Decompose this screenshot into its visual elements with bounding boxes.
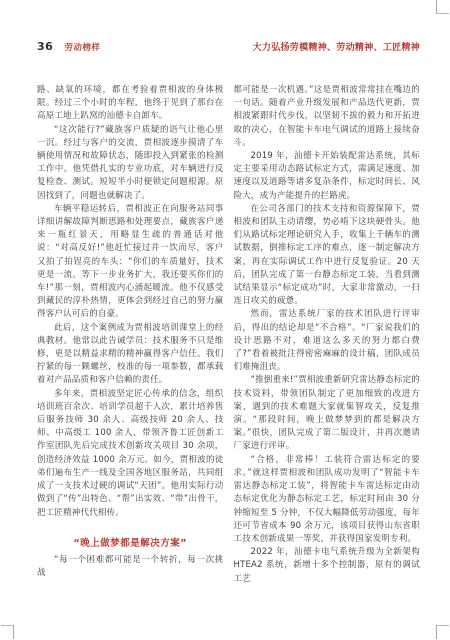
section-heading: “晚上做梦都是解决方案” <box>37 535 224 549</box>
right-column: 都可能是一次机遇。”这是贾相波常常挂在嘴边的一句话。随着产业升级发展和产品迭代更… <box>234 84 421 610</box>
paragraph: 车辆平稳运转后，贾相波正在向服务站同事详细讲解故障判断思路和处理要点，藏族客户递… <box>37 203 224 322</box>
corner-mark-bottom-left <box>1 625 14 639</box>
paragraph: 2019 年，汕德卡开始装配雷达系统，其标定主要采用动态路试标定方式，需满足速度… <box>234 150 421 203</box>
corner-mark-bottom-right <box>436 625 449 639</box>
article-body: 路、缺氧的环境，都在考验着贾相波的身体极限。经过三个小时的车程，他终于见到了那台… <box>37 84 420 610</box>
paragraph: “合格，非常棒！工装符合雷达标定的要求。”就这样贾相波和团队成功发明了“智能卡车… <box>234 454 421 546</box>
magazine-page: 36 劳动榜样 大力弘扬劳模精神、劳动精神、工匠精神 路、缺氧的环境，都在考验着… <box>0 0 450 640</box>
page-header: 36 劳动榜样 大力弘扬劳模精神、劳动精神、工匠精神 <box>37 40 420 53</box>
paragraph: 2022 年，汕德卡电气系统升级为全新架构 HTEA2 系统，新增十多个控制器，… <box>234 546 421 586</box>
paragraph: 此后，这个案例成为贾相波培训课堂上的经典教材。他常以此告诫学员：技术服务不只是维… <box>37 322 224 388</box>
paragraph: 然而，雷达系统厂家的技术团队进行评审后，得出的结论却是“不合格”。“厂家说我们的… <box>234 308 421 374</box>
corner-mark-top-right <box>436 0 449 14</box>
paragraph: “每一个困难都可能是一个转折，每一次挑战 <box>37 554 224 580</box>
paragraph: “这次能行?”藏族客户质疑的语气让他心里一沉。经过与客户的交流，贾相波逐步摸清了… <box>37 124 224 203</box>
section-label: 劳动榜样 <box>64 41 100 53</box>
paragraph: 在公司各部门的技术支持和资源保障下，贾相波和团队主动请缨，势必啃下这块硬骨头。他… <box>234 203 421 309</box>
paragraph: 路、缺氧的环境，都在考验着贾相波的身体极限。经过三个小时的车程，他终于见到了那台… <box>37 84 224 124</box>
paragraph: “推倒重来!”贾相波重新研究雷达静态标定的技术资料，带领团队制定了更加细致的改进… <box>234 374 421 453</box>
header-slogan: 大力弘扬劳模精神、劳动精神、工匠精神 <box>253 40 420 53</box>
left-column: 路、缺氧的环境，都在考验着贾相波的身体极限。经过三个小时的车程，他终于见到了那台… <box>37 84 224 610</box>
paragraph: 都可能是一次机遇。”这是贾相波常常挂在嘴边的一句话。随着产业升级发展和产品迭代更… <box>234 84 421 150</box>
paragraph: 多年来，贾相波坚定匠心传承的信念，组织培训班百余次、培训学员超千人次，累计培养售… <box>37 388 224 520</box>
page-number: 36 <box>37 40 53 53</box>
